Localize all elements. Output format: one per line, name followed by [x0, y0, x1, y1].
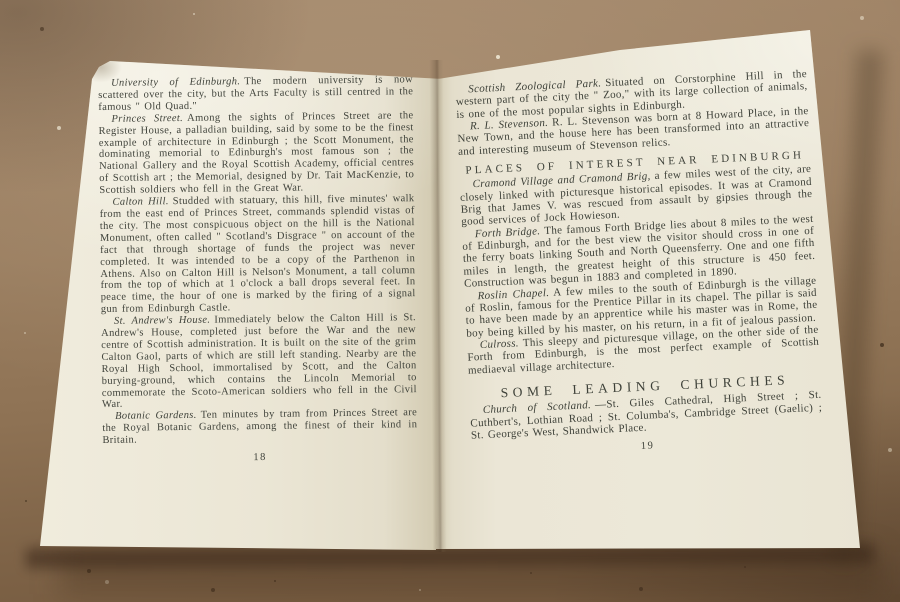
- para-lead: University of Edinburgh.: [111, 76, 240, 89]
- para-lead: Botanic Gardens.: [115, 410, 197, 422]
- para-lead: St. Andrew's House.: [114, 315, 211, 327]
- para-princes-street: Princes Street.Among the sights of Princ…: [98, 110, 414, 197]
- book-shadow-soft: [60, 552, 880, 594]
- para-st-andrews-house: St. Andrew's House.Immediately below the…: [101, 312, 417, 411]
- left-page: University of Edinburgh.The modern unive…: [35, 55, 450, 560]
- cardboard-speckles: [0, 0, 2, 2]
- right-page: Scottish Zoological Park.Situated on Cor…: [425, 22, 875, 557]
- left-page-number: 18: [103, 450, 418, 466]
- right-page-text: Scottish Zoological Park.Situated on Cor…: [455, 68, 824, 461]
- para-calton-hill: Calton Hill.Studded with statuary, this …: [99, 193, 415, 316]
- para-university-of-edinburgh: University of Edinburgh.The modern unive…: [98, 74, 413, 114]
- photo-open-guidebook: University of Edinburgh.The modern unive…: [0, 0, 900, 602]
- para-botanic-gardens: Botanic Gardens.Ten minutes by tram from…: [102, 408, 417, 448]
- para-lead: Princes Street.: [111, 113, 183, 125]
- para-body: Studded with statuary, this hill, five m…: [100, 193, 416, 315]
- para-lead: Calton Hill.: [112, 196, 168, 208]
- para-body: Immediately below the Calton Hill is St.…: [101, 312, 417, 410]
- left-page-text: University of Edinburgh.The modern unive…: [98, 74, 418, 466]
